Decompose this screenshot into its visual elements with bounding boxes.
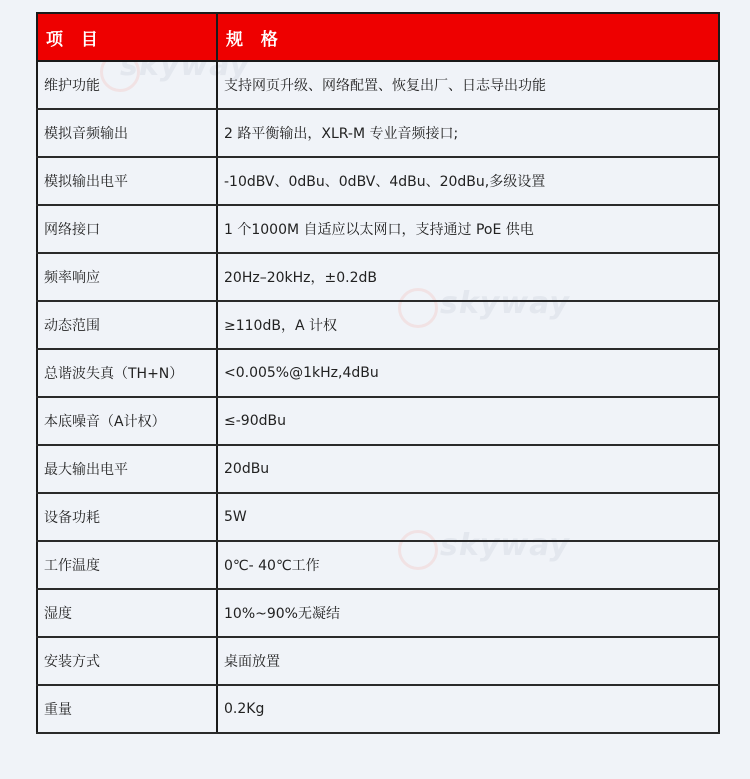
table-row: 维护功能支持网页升级、网络配置、恢复出厂、日志导出功能 bbox=[37, 61, 719, 109]
row-spec: ≥110dB，A 计权 bbox=[217, 301, 719, 349]
row-spec: 10%~90%无凝结 bbox=[217, 589, 719, 637]
table-header-row: 项 目 规 格 bbox=[37, 13, 719, 61]
row-item: 工作温度 bbox=[37, 541, 217, 589]
table-row: 工作温度0℃- 40℃工作 bbox=[37, 541, 719, 589]
table-row: 模拟音频输出2 路平衡输出，XLR-M 专业音频接口; bbox=[37, 109, 719, 157]
row-item: 总谐波失真（TH+N） bbox=[37, 349, 217, 397]
row-spec: <0.005%@1kHz,4dBu bbox=[217, 349, 719, 397]
table-row: 总谐波失真（TH+N）<0.005%@1kHz,4dBu bbox=[37, 349, 719, 397]
row-spec: 20dBu bbox=[217, 445, 719, 493]
row-item: 安装方式 bbox=[37, 637, 217, 685]
table-row: 安装方式桌面放置 bbox=[37, 637, 719, 685]
row-item: 动态范围 bbox=[37, 301, 217, 349]
table-row: 重量0.2Kg bbox=[37, 685, 719, 733]
row-spec: 0.2Kg bbox=[217, 685, 719, 733]
table-row: 网络接口1 个1000M 自适应以太网口，支持通过 PoE 供电 bbox=[37, 205, 719, 253]
table-row: 本底噪音（A计权）≤-90dBu bbox=[37, 397, 719, 445]
row-spec: 桌面放置 bbox=[217, 637, 719, 685]
header-item: 项 目 bbox=[37, 13, 217, 61]
row-spec: 0℃- 40℃工作 bbox=[217, 541, 719, 589]
table-row: 动态范围≥110dB，A 计权 bbox=[37, 301, 719, 349]
table-row: 最大输出电平20dBu bbox=[37, 445, 719, 493]
row-spec: 1 个1000M 自适应以太网口，支持通过 PoE 供电 bbox=[217, 205, 719, 253]
row-item: 湿度 bbox=[37, 589, 217, 637]
row-item: 维护功能 bbox=[37, 61, 217, 109]
row-item: 频率响应 bbox=[37, 253, 217, 301]
spec-table: 项 目 规 格 维护功能支持网页升级、网络配置、恢复出厂、日志导出功能 模拟音频… bbox=[36, 12, 720, 734]
table-row: 频率响应20Hz–20kHz，±0.2dB bbox=[37, 253, 719, 301]
row-spec: 20Hz–20kHz，±0.2dB bbox=[217, 253, 719, 301]
row-item: 模拟输出电平 bbox=[37, 157, 217, 205]
table-row: 设备功耗5W bbox=[37, 493, 719, 541]
table-row: 模拟输出电平-10dBV、0dBu、0dBV、4dBu、20dBu,多级设置 bbox=[37, 157, 719, 205]
row-item: 本底噪音（A计权） bbox=[37, 397, 217, 445]
row-spec: 5W bbox=[217, 493, 719, 541]
row-spec: 2 路平衡输出，XLR-M 专业音频接口; bbox=[217, 109, 719, 157]
row-item: 最大输出电平 bbox=[37, 445, 217, 493]
row-item: 设备功耗 bbox=[37, 493, 217, 541]
row-item: 网络接口 bbox=[37, 205, 217, 253]
row-item: 模拟音频输出 bbox=[37, 109, 217, 157]
row-spec: -10dBV、0dBu、0dBV、4dBu、20dBu,多级设置 bbox=[217, 157, 719, 205]
table-row: 湿度10%~90%无凝结 bbox=[37, 589, 719, 637]
header-spec: 规 格 bbox=[217, 13, 719, 61]
row-spec: ≤-90dBu bbox=[217, 397, 719, 445]
row-spec: 支持网页升级、网络配置、恢复出厂、日志导出功能 bbox=[217, 61, 719, 109]
row-item: 重量 bbox=[37, 685, 217, 733]
